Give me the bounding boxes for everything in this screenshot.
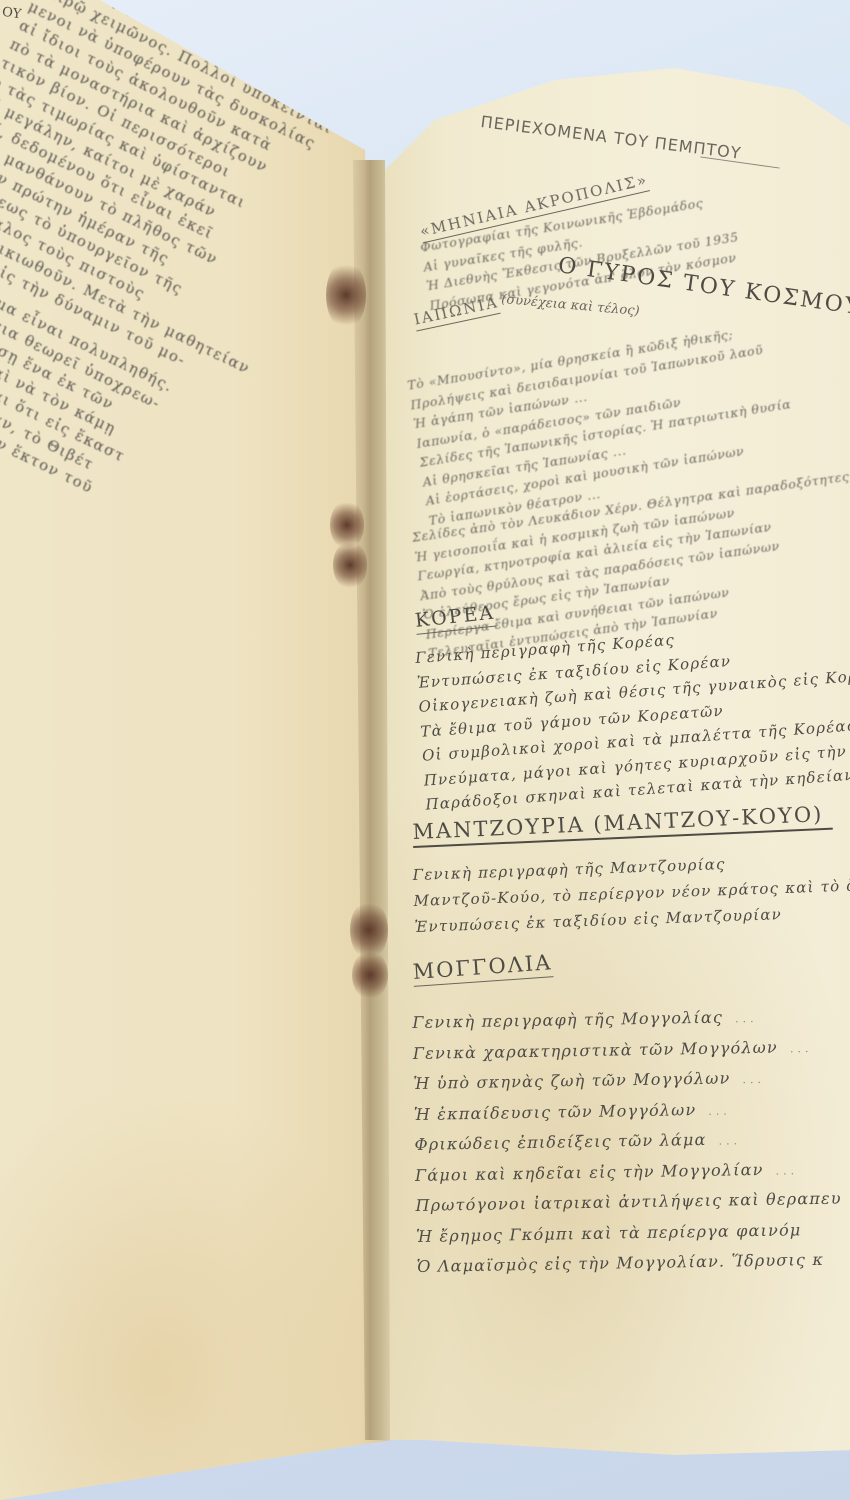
japan-subheading: (συνέχεια καὶ τέλος) [501, 292, 640, 319]
leader-dots: ... [742, 1073, 765, 1086]
leader-dots: ... [775, 1164, 798, 1177]
mongolia-entries: Γενικὴ περιγραφὴ τῆς Μογγολίας... Γενικὰ… [412, 995, 843, 1283]
section-heading: ΜΟΓΓΟΛΙΑ [412, 950, 553, 987]
book-photo: ΟΥ ν νὰ κοιμηθοῦν γυμνὰ εἰς τὸ ὕπαιθρον … [0, 0, 850, 1500]
korea-entries: Γενικὴ περιγραφὴ τῆς Κορέας Ἐντυπώσεις ἐ… [414, 606, 850, 818]
section-mongolia: ΜΟΓΓΟΛΙΑ [412, 950, 553, 987]
entry-text: Γενικὴ περιγραφὴ τῆς Μογγολίας [412, 1008, 723, 1032]
entry-text: Ἡ ἐκπαίδευσις τῶν Μογγόλων [414, 1100, 697, 1124]
entry-text: Φρικώδεις ἐπιδείξεις τῶν λάμα [414, 1130, 706, 1154]
toc-entry: Ὁ Λαμαϊσμὸς εἰς τὴν Μογγολίαν. Ἵδρυσις κ [416, 1245, 843, 1283]
entry-text: Γάμοι καὶ κηδεῖαι εἰς τὴν Μογγολίαν [415, 1159, 764, 1184]
entry-text: Γενικὰ χαρακτηριστικὰ τῶν Μογγόλων [413, 1037, 778, 1062]
leader-dots: ... [708, 1104, 731, 1117]
entry-text: Ἡ ὑπὸ σκηνὰς ζωὴ τῶν Μογγόλων [413, 1068, 730, 1093]
leader-dots: ... [718, 1134, 741, 1147]
leader-dots: ... [735, 1012, 758, 1025]
manchuria-entries: Γενικὴ περιγραφὴ τῆς Μαντζουρίας Μαντζοῦ… [412, 839, 850, 940]
table-of-contents: ΠΕΡΙΕΧΟΜΕΝΑ ΤΟΥ ΠΕΜΠΤΟΥ «ΜΗΝΙΑΙΑ ΑΚΡΟΠΟΛ… [0, 0, 850, 1500]
leader-dots: ... [790, 1042, 813, 1055]
toc-title: ΠΕΡΙΕΧΟΜΕΝΑ ΤΟΥ ΠΕΜΠΤΟΥ [480, 112, 743, 163]
